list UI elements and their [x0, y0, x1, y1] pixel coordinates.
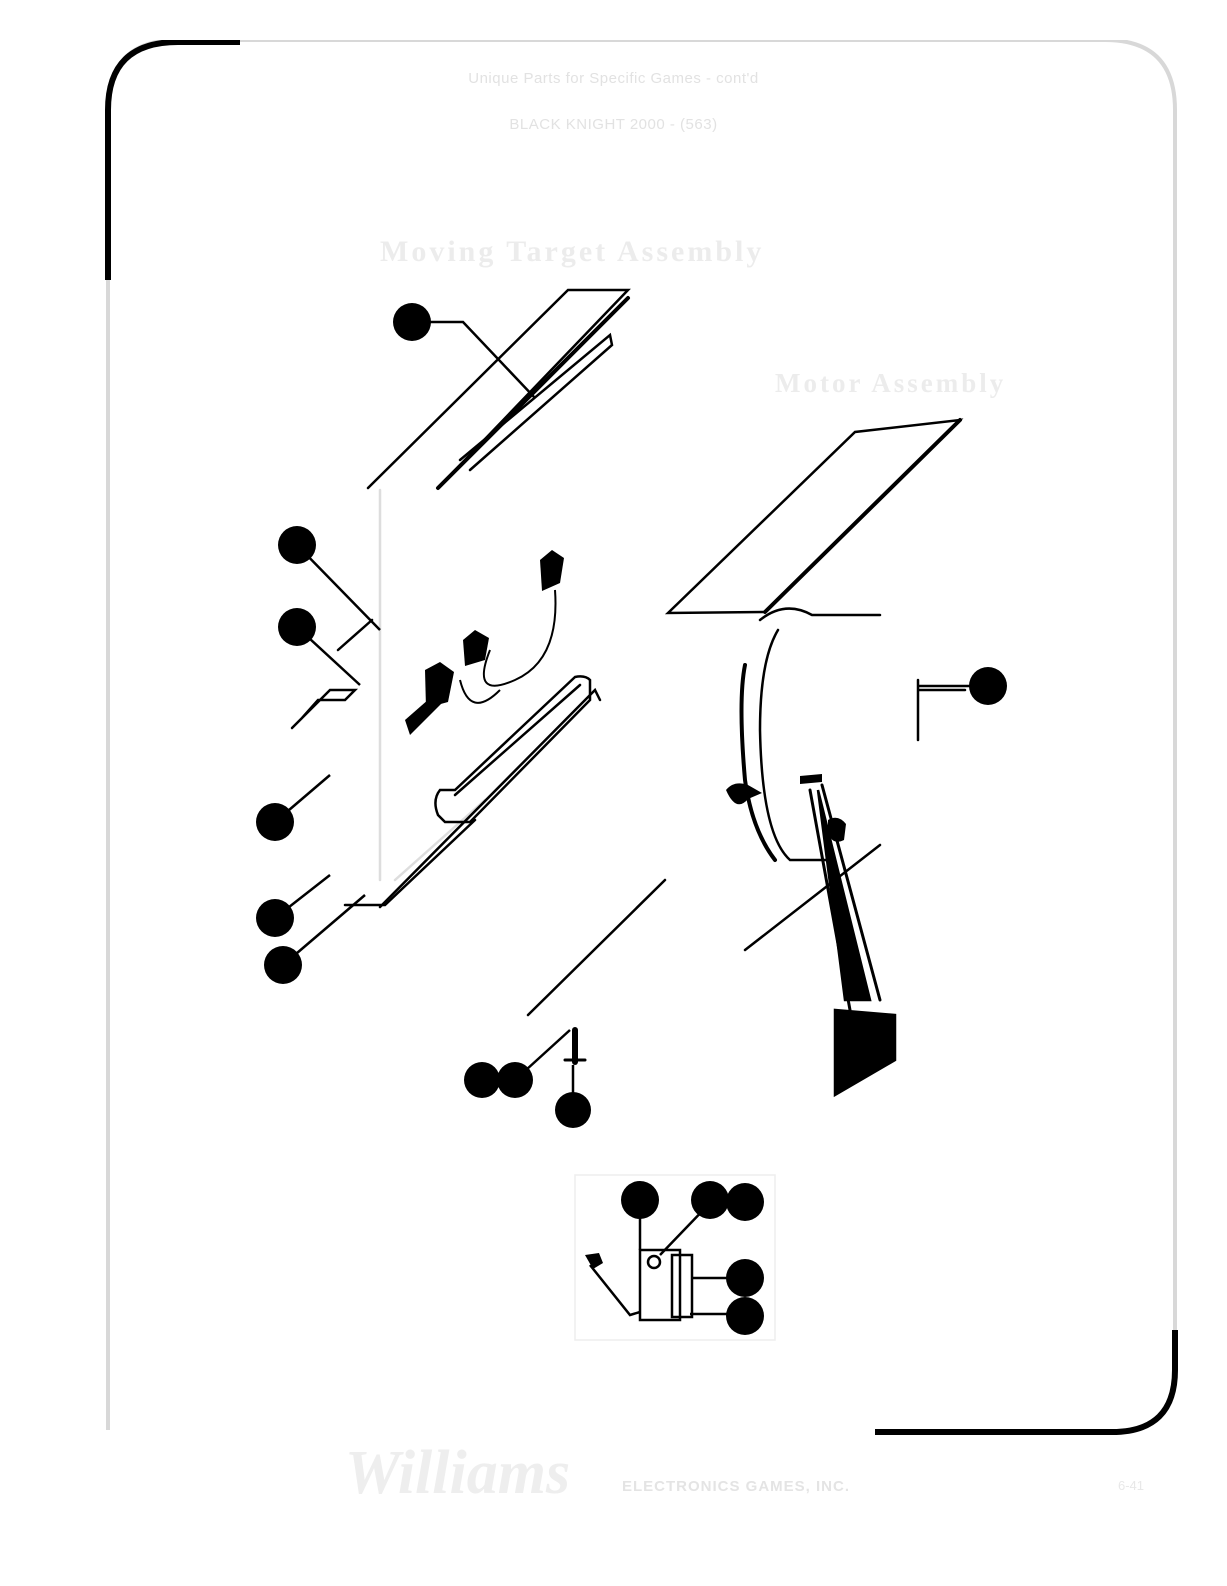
williams-logo: Williams	[345, 1438, 570, 1509]
switch-inset	[575, 1175, 775, 1340]
page-number: 6-41	[1118, 1478, 1144, 1493]
exploded-diagram	[0, 0, 1227, 1586]
company-name: ELECTRONICS GAMES, INC.	[622, 1478, 850, 1495]
